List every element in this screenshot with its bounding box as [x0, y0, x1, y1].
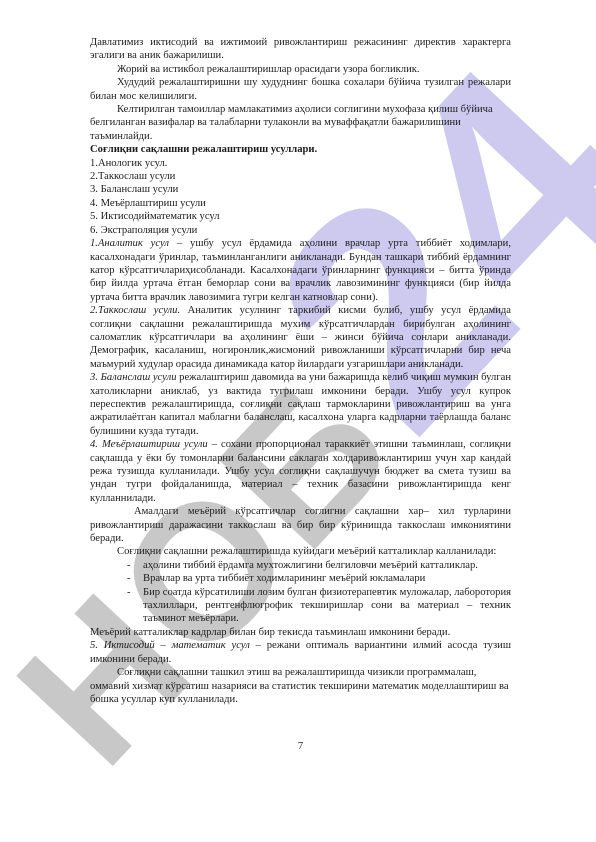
paragraph-amaldagi: Амалдаги меъёрий кўрсатгичлар соглигни с…	[90, 505, 511, 545]
paragraph-method-analytic: 1.Аналитик усул – ушбу усул ёрдамида аҳо…	[90, 237, 511, 304]
paragraph-method-comparison: 2.Таккослаш усули. Аналитик усулнинг тар…	[90, 304, 511, 371]
paragraph-intro-2: Жорий ва истикбол режалаштиришлар орасид…	[90, 63, 511, 76]
method-list-item-5: 5. Иктисодийматематик усул	[90, 210, 511, 223]
paragraph-method-economic: 5. Иктисодий – математик усул – режани о…	[90, 639, 511, 666]
norm-list-item-1: - аҳолини тиббий ёрдамга мухтожлигини бе…	[90, 559, 511, 572]
paragraph-norms-intro: Соғлиқни сақлашни режалаштиришда куйидаг…	[90, 545, 511, 558]
document-page: НОБ 24 Давлатимиз иктисодий ва ижтимоий …	[0, 0, 596, 842]
method-list-item-4: 4. Меъёрлаштириш усули	[90, 197, 511, 210]
paragraph-intro-3: Худудий режалаштиришни шу худуднинг бошк…	[90, 76, 511, 103]
method-list-item-3: 3. Баланслаш усули	[90, 183, 511, 196]
dash-marker: -	[127, 572, 131, 585]
paragraph-final: Соғлиқни сақлашни ташкил этиш ва режалаш…	[90, 666, 511, 706]
paragraph-intro-4: Келтирилган тамоиллар мамлакатимиз аҳоли…	[90, 103, 511, 143]
norm-item-text-3: Бир соатда кўрсатилиши лозим булган физи…	[143, 587, 511, 625]
method-lead-normative: 4. Меъёрлаштириш усули	[90, 439, 208, 450]
norm-item-text-2: Врачлар ва урта тиббиёт ходимларининг ме…	[143, 573, 425, 584]
norm-list-item-2: - Врачлар ва урта тиббиёт ходимларининг …	[90, 572, 511, 585]
paragraph-method-normative: 4. Меъёрлаштириш усули – сохани пропорци…	[90, 438, 511, 505]
method-lead-analytic: 1.Аналитик усул	[90, 238, 169, 249]
dash-marker: -	[127, 586, 131, 599]
method-list-item-1: 1.Анологик усул.	[90, 157, 511, 170]
paragraph-intro-1: Давлатимиз иктисодий ва ижтимоий ривожла…	[90, 36, 511, 63]
page-content: Давлатимиз иктисодий ва ижтимоий ривожла…	[90, 36, 511, 754]
method-list-item-2: 2.Таккослаш усули	[90, 170, 511, 183]
method-lead-comparison: 2.Таккослаш усули.	[90, 305, 180, 316]
method-list-item-6: 6. Экстраполяция усули	[90, 224, 511, 237]
dash-marker: -	[127, 559, 131, 572]
norm-item-text-1: аҳолини тиббий ёрдамга мухтожлигини белг…	[143, 560, 478, 571]
method-lead-balance: 3. Баланслаш усули	[90, 372, 177, 383]
paragraph-norms-after: Меъёрий катталиклар кадрлар билан бир те…	[90, 626, 511, 639]
paragraph-method-balance: 3. Баланслаш усули режалаштириш давомида…	[90, 371, 511, 438]
section-heading: Соғлиқни сақлашни режалаштириш усуллари.	[90, 143, 511, 156]
norm-list-item-3: - Бир соатда кўрсатилиши лозим булган фи…	[90, 586, 511, 626]
page-number: 7	[90, 740, 511, 753]
method-lead-economic: 5. Иктисодий – математик усул	[90, 640, 250, 651]
